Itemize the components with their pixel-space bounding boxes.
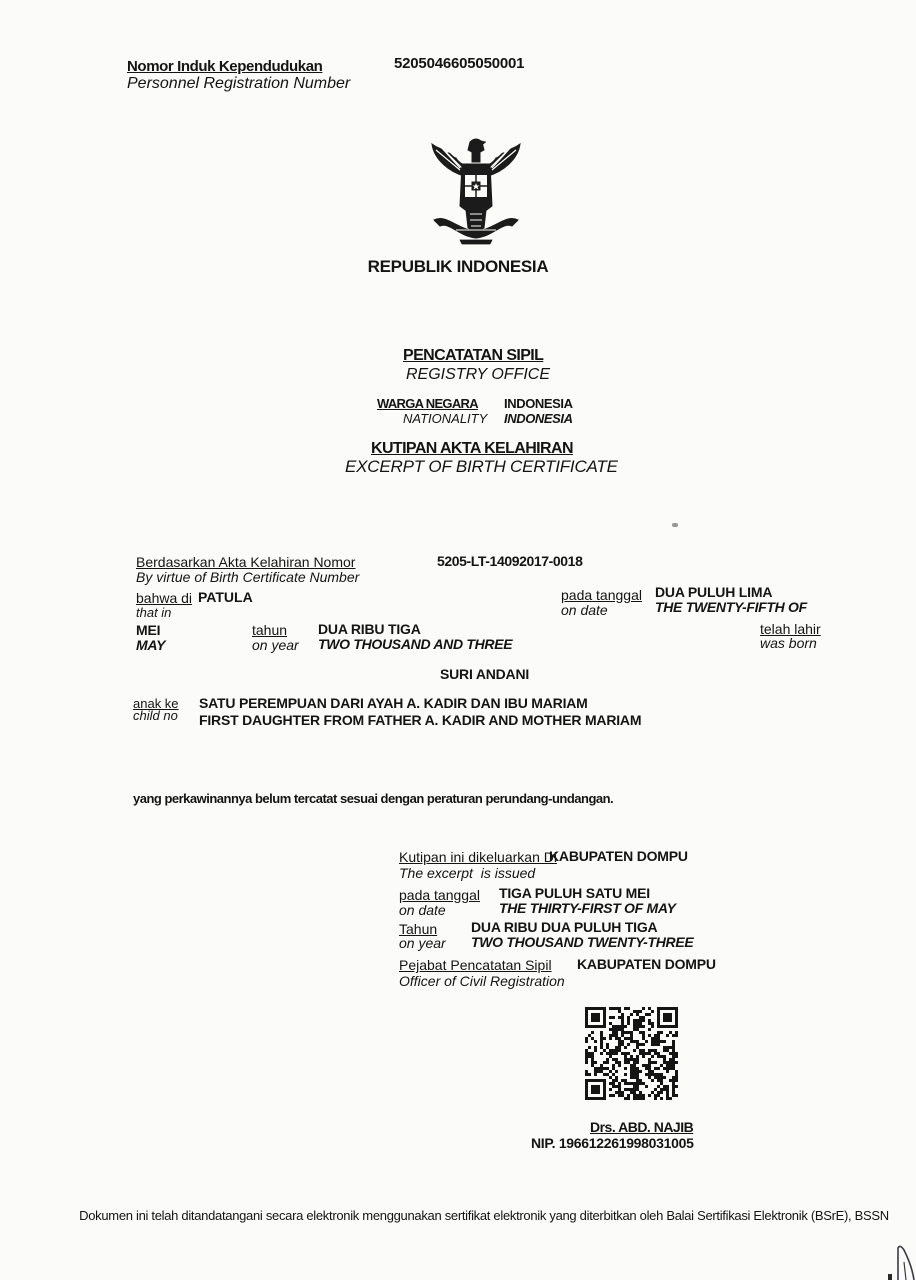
electronic-signature-footer: Dokumen ini telah ditandatangani secara …: [0, 1208, 916, 1224]
scan-speck: [672, 523, 678, 527]
issued-place-value: KABUPATEN DOMPU: [549, 849, 688, 864]
certificate-number-value: 5205-LT-14092017-0018: [437, 553, 582, 569]
office-title-en: REGISTRY OFFICE: [406, 366, 550, 384]
pen-mark-icon: [868, 1232, 916, 1280]
office-title: PENCATATAN SIPIL: [403, 347, 543, 365]
issued-year-value: DUA RIBU DUA PULUH TIGA: [471, 920, 657, 935]
footer-text: Dokumen ini telah ditandatangani secara …: [79, 1208, 889, 1223]
issued-year-value-en: TWO THOUSAND TWENTY-THREE: [471, 935, 693, 950]
birth-year-value-en: TWO THOUSAND AND THREE: [318, 637, 512, 652]
qr-code-icon: [585, 1007, 678, 1100]
officer-label: Pejabat Pencatatan Sipil: [399, 958, 552, 973]
birth-year-value: DUA RIBU TIGA: [318, 622, 421, 637]
nik-value: 5205046605050001: [394, 55, 524, 72]
birth-date-value: DUA PULUH LIMA: [655, 585, 772, 600]
birth-month-value-en: MAY: [136, 638, 165, 653]
birth-year-label-en: on year: [252, 638, 299, 653]
birth-place-value: PATULA: [198, 589, 253, 605]
issued-date-label: pada tanggal: [399, 888, 480, 903]
officer-label-en: Officer of Civil Registration: [399, 974, 565, 989]
nik-label: Nomor Induk Kependudukan: [127, 58, 322, 75]
marriage-note: yang perkawinannya belum tercatat sesuai…: [133, 791, 613, 806]
garuda-pancasila-emblem-icon: [426, 136, 526, 248]
nationality-value-en: INDONESIA: [504, 411, 573, 426]
certificate-number-label-en: By virtue of Birth Certificate Number: [136, 570, 359, 585]
birth-date-label-en: on date: [561, 603, 608, 618]
birth-date-label: pada tanggal: [561, 588, 642, 603]
birth-month-value: MEI: [136, 623, 160, 638]
issued-place-label: Kutipan ini dikeluarkan Di: [399, 850, 557, 865]
birth-place-label: bahwa di: [136, 591, 192, 606]
document-title: KUTIPAN AKTA KELAHIRAN: [371, 440, 573, 458]
child-description-en: FIRST DAUGHTER FROM FATHER A. KADIR AND …: [199, 713, 641, 728]
nik-label-en: Personnel Registration Number: [127, 75, 350, 93]
country-title: REPUBLIK INDONESIA: [0, 257, 916, 277]
nationality-label: WARGA NEGARA: [377, 396, 478, 411]
issued-place-label-en: The excerpt is issued: [399, 866, 535, 881]
birth-date-value-en: THE TWENTY-FIFTH OF: [655, 600, 807, 615]
nationality-value: INDONESIA: [504, 396, 573, 411]
nationality-label-en: NATIONALITY: [403, 411, 487, 426]
child-number-label-en: child no: [133, 710, 178, 722]
issued-year-label-en: on year: [399, 936, 446, 951]
certificate-number-label: Berdasarkan Akta Kelahiran Nomor: [136, 555, 355, 570]
document-title-en: EXCERPT OF BIRTH CERTIFICATE: [345, 457, 618, 477]
issued-date-label-en: on date: [399, 903, 446, 918]
birth-year-label: tahun: [252, 623, 287, 638]
officer-value: KABUPATEN DOMPU: [577, 957, 716, 972]
child-description: SATU PEREMPUAN DARI AYAH A. KADIR DAN IB…: [199, 696, 588, 711]
signer-nip: NIP. 196612261998031005: [531, 1135, 694, 1151]
child-name: SURI ANDANI: [440, 667, 529, 682]
issued-date-value: TIGA PULUH SATU MEI: [499, 886, 650, 901]
issued-date-value-en: THE THIRTY-FIRST OF MAY: [499, 901, 676, 916]
signer-name: Drs. ABD. NAJIB: [590, 1119, 693, 1135]
born-label-en: was born: [760, 636, 817, 651]
birth-place-label-en: that in: [136, 605, 171, 620]
